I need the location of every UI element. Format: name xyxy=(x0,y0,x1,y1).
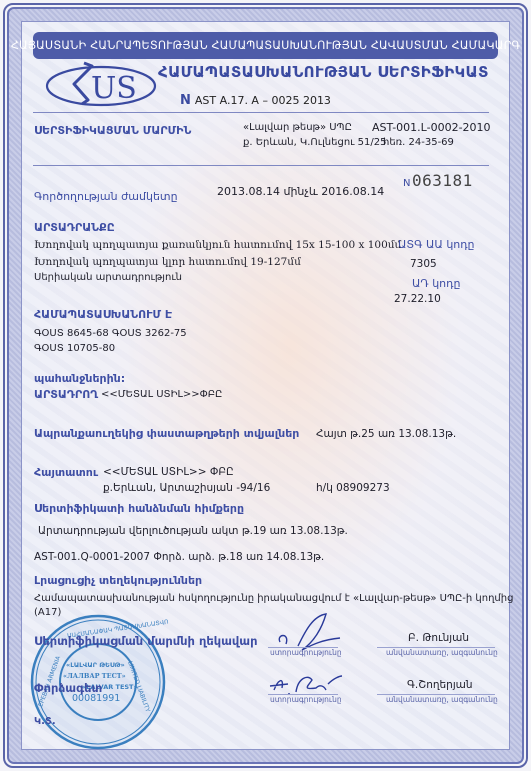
signer-2-name-caption: անվանատառը, ազգանունը xyxy=(386,695,498,704)
basis-label: Սերտիֆիկատի հանձնման հիմքերը xyxy=(34,502,244,515)
certificate-number-value: AST A.17. A – 0025 2013 xyxy=(195,94,331,107)
us-logo-icon: US xyxy=(44,60,159,108)
serial-number-value: 063181 xyxy=(412,171,473,190)
svg-text:US: US xyxy=(91,71,137,106)
certification-body-name: «Լալվար թեսթ» ՍՊԸ xyxy=(243,122,352,133)
head-of-body-label: Սերտիֆիկացման մարմնի ղեկավար xyxy=(34,634,257,648)
certification-body-address: ք. Երևան, Կ.Ուլնեցու 51/25 xyxy=(243,137,387,148)
manufacturer-label: ԱՐՏԱԴՐՈՂ xyxy=(34,388,98,401)
basis-line-2: AST-001.Q-0001-2007 Փորձ. արձ. թ.18 առ 1… xyxy=(34,551,324,563)
stamp-center-line-1: «ԼԱԼՎԱՐ ԹԵՍԹ» xyxy=(66,661,125,669)
applicant-tax-id: հ/կ 08909273 xyxy=(316,482,390,494)
requirements-label: պահանջներին: xyxy=(34,372,125,385)
applicant-label: Հայտատու xyxy=(34,466,98,479)
signer-1-name: Բ. Թունյան xyxy=(408,632,469,644)
signature-2-caption: ստորագրությունը xyxy=(270,695,342,704)
validity-period: 2013.08.14 մինչև 2016.08.14 xyxy=(217,185,384,198)
supplier-docs-label: Ապրանքաուղեկից փաստաթղթերի տվյալներ xyxy=(34,427,299,440)
expert-label: Փորձագետ xyxy=(34,681,102,695)
system-banner: ՀԱՅԱՍՏԱՆԻ ՀԱՆՐԱՊԵՏՈՒԹՅԱՆ ՀԱՄԱՊԱՏԱՍԽԱՆՈՒԹ… xyxy=(33,32,498,59)
certificate-number: NAST A.17. A – 0025 2013 xyxy=(180,93,331,108)
divider xyxy=(33,112,489,113)
system-banner-text: ՀԱՅԱՍՏԱՆԻ ՀԱՆՐԱՊԵՏՈՒԹՅԱՆ ՀԱՄԱՊԱՏԱՍԽԱՆՈՒԹ… xyxy=(11,39,520,52)
certification-body-accreditation: AST-001.L-0002-2010 xyxy=(372,121,491,134)
applicant-address: ք.Երևան, Արտաշիսյան -94/16 xyxy=(103,482,270,494)
manufacturer-name: <<ՄԵՏԱԼ ՍՏԻԼ>>ՓԲԸ xyxy=(101,389,222,400)
applicant-name: <<ՄԵՏԱԼ ՍՏԻԼ>> ՓԲԸ xyxy=(103,466,234,478)
signer-1-name-caption: անվանատառը, ազգանունը xyxy=(386,648,498,657)
ad-code-label: ԱԴ կոդը xyxy=(412,277,460,290)
tnved-code-value: 7305 xyxy=(410,258,437,270)
conforms-standard-line-2: ԳՕՍՏ 10705-80 xyxy=(34,343,115,354)
conforms-standard-line-1: ԳՕՍՏ 8645-68 ԳՕՍՏ 3262-75 xyxy=(34,328,187,339)
stamp-place-label: Կ.Տ. xyxy=(34,716,56,727)
product-label: ԱՐՏԱԴՐԱՆՔԸ xyxy=(34,221,115,234)
supplier-docs-value: Հայտ թ.25 առ 13.08.13թ. xyxy=(316,428,456,440)
certificate-number-prefix: N xyxy=(180,93,191,108)
tnved-code-label: ԱՏԳ ԱԱ կոդը xyxy=(398,238,475,251)
ad-code-value: 27.22.10 xyxy=(394,293,441,305)
basis-line-1: Արտադրության վերլուծության ակտ թ.19 առ 1… xyxy=(38,525,348,537)
product-line-3: Սերիական արտադրություն xyxy=(34,272,182,283)
certification-body-label: ՍԵՐՏԻՖԻԿԱՑՄԱՆ ՄԱՐՄԻՆ xyxy=(34,124,191,137)
additional-info-text: Համապատասխանության հսկողությունը իրականա… xyxy=(34,593,513,604)
conforms-label: ՀԱՄԱՊԱՏԱՍԽԱՆՈՒՄ Է xyxy=(34,308,172,321)
product-line-1: Խողովակ պողպատյա քառանկյուն հատումով 15x… xyxy=(34,239,401,251)
additional-info-label: Լրացուցիչ տեղեկություններ xyxy=(34,574,202,587)
certificate-title: ՀԱՄԱՊԱՏԱՍԽԱՆՈՒԹՅԱՆ ՍԵՐՏԻՖԻԿԱՏ xyxy=(158,63,489,81)
serial-number-prefix: N xyxy=(403,178,411,189)
divider xyxy=(33,165,489,166)
signature-1-caption: ստորագրությունը xyxy=(270,648,342,657)
serial-number: N063181 xyxy=(403,171,473,190)
certification-body-phone: հեռ. 24-35-69 xyxy=(383,137,454,148)
validity-label: Գործողության ժամկետը xyxy=(34,190,178,203)
product-line-2: Խողովակ պողպատյա կլոր հատումով 19-127մմ xyxy=(34,256,301,268)
stamp-center-line-2: «ЛАЛВАР ТЕСТ» xyxy=(63,672,126,680)
signer-2-name: Գ.Շողերյան xyxy=(407,679,473,691)
